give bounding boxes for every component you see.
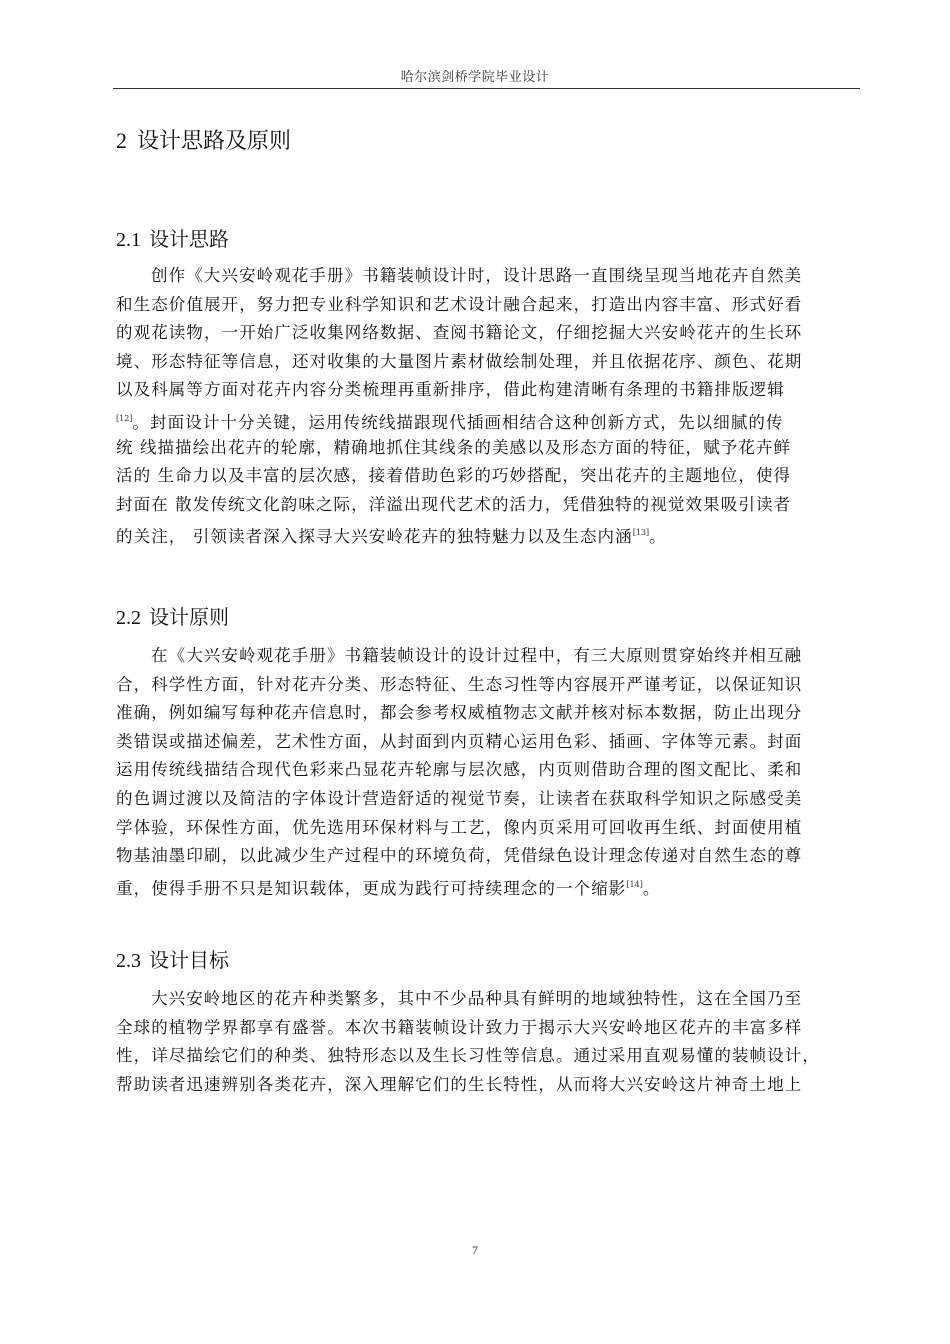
text-line: 的观花读物，一开始广泛收集网络数据、查阅书籍论文，仔细挖掘大兴安岭花卉的生长环 bbox=[116, 319, 860, 348]
text-line: 境、形态特征等信息，还对收集的大量图片素材做绘制处理，并且依据花序、颜色、花期 bbox=[116, 348, 860, 377]
text-line: 封面在 散发传统文化韵味之际，洋溢出现代艺术的活力，凭借独特的视觉效果吸引读者 bbox=[116, 491, 860, 520]
citation-ref: [13] bbox=[633, 528, 649, 537]
section-number: 2.3 bbox=[116, 950, 141, 972]
text-line: 统 线描描绘出花卉的轮廓，精确地抓住其线条的美感以及形态方面的特征，赋予花卉鲜 bbox=[116, 434, 860, 463]
section-heading-2-1: 2.1设计思路 bbox=[116, 223, 229, 252]
text-line: 类错误或描述偏差，艺术性方面，从封面到内页精心运用色彩、插画、字体等元素。封面 bbox=[116, 728, 860, 757]
citation-ref: [12] bbox=[116, 414, 132, 423]
text-line: 物基油墨印刷，以此减少生产过程中的环境负荷，凭借绿色设计理念传递对自然生态的尊 bbox=[116, 842, 860, 871]
document-page: 哈尔滨剑桥学院毕业设计 2设计思路及原则 2.1设计思路 创作《大兴安岭观花手册… bbox=[0, 0, 950, 1344]
section-number: 2.2 bbox=[116, 607, 141, 629]
section-title: 设计目标 bbox=[149, 948, 229, 972]
chapter-number: 2 bbox=[116, 128, 127, 153]
section-heading-2-2: 2.2设计原则 bbox=[116, 601, 229, 630]
paragraph-design-idea: 创作《大兴安岭观花手册》书籍装帧设计时，设计思路一直围绕呈现当地花卉自然美 和生… bbox=[116, 262, 860, 548]
text-line: [12]。封面设计十分关键，运用传统线描跟现代插画相结合这种创新方式，先以细腻的… bbox=[116, 405, 860, 434]
citation-ref: [14] bbox=[626, 880, 642, 889]
page-number: 7 bbox=[0, 1243, 950, 1258]
section-number: 2.1 bbox=[116, 229, 141, 251]
text-line: 在《大兴安岭观花手册》书籍装帧设计的设计过程中，有三大原则贯穿始终并相互融 bbox=[116, 642, 860, 671]
text-line: 全球的植物学界都享有盛誉。本次书籍装帧设计致力于揭示大兴安岭地区花卉的丰富多样 bbox=[116, 1014, 860, 1043]
text-line: 运用传统线描结合现代色彩来凸显花卉轮廓与层次感，内页则借助合理的图文配比、柔和 bbox=[116, 756, 860, 785]
text-line: 帮助读者迅速辨别各类花卉，深入理解它们的生长特性，从而将大兴安岭这片神奇土地上 bbox=[116, 1071, 860, 1100]
paragraph-design-principles: 在《大兴安岭观花手册》书籍装帧设计的设计过程中，有三大原则贯穿始终并相互融 合，… bbox=[116, 642, 860, 899]
header-divider bbox=[113, 88, 860, 89]
text-line: 以及科属等方面对花卉内容分类梳理再重新排序，借此构建清晰有条理的书籍排版逻辑 bbox=[116, 376, 860, 405]
text-line: 和生态价值展开，努力把专业科学知识和艺术设计融合起来，打造出内容丰富、形式好看 bbox=[116, 291, 860, 320]
text-line: 创作《大兴安岭观花手册》书籍装帧设计时，设计思路一直围绕呈现当地花卉自然美 bbox=[116, 262, 860, 291]
text-line: 大兴安岭地区的花卉种类繁多，其中不少品种具有鲜明的地域独特性，这在全国乃至 bbox=[116, 985, 860, 1014]
paragraph-design-goals: 大兴安岭地区的花卉种类繁多，其中不少品种具有鲜明的地域独特性，这在全国乃至 全球… bbox=[116, 985, 860, 1099]
section-title: 设计思路 bbox=[149, 227, 229, 251]
chapter-heading: 2设计思路及原则 bbox=[116, 124, 291, 155]
text-line: 合，科学性方面，针对花卉分类、形态特征、生态习性等内容展开严谨考证，以保证知识 bbox=[116, 671, 860, 700]
running-header: 哈尔滨剑桥学院毕业设计 bbox=[0, 66, 950, 85]
text-line: 活的 生命力以及丰富的层次感，接着借助色彩的巧妙搭配，突出花卉的主题地位，使得 bbox=[116, 462, 860, 491]
text-line: 重，使得手册不只是知识载体，更成为践行可持续理念的一个缩影[14]。 bbox=[116, 871, 860, 900]
text-line: 学体验，环保性方面，优先选用环保材料与工艺，像内页采用可回收再生纸、封面使用植 bbox=[116, 814, 860, 843]
text-line: 性，详尽描绘它们的种类、独特形态以及生长习性等信息。通过采用直观易懂的装帧设计， bbox=[116, 1042, 860, 1071]
section-heading-2-3: 2.3设计目标 bbox=[116, 944, 229, 973]
text-line: 准确，例如编写每种花卉信息时，都会参考权威植物志文献并核对标本数据，防止出现分 bbox=[116, 699, 860, 728]
section-title: 设计原则 bbox=[149, 605, 229, 629]
chapter-title: 设计思路及原则 bbox=[137, 129, 291, 154]
text-line: 的色调过渡以及简洁的字体设计营造舒适的视觉节奏，让读者在获取科学知识之际感受美 bbox=[116, 785, 860, 814]
text-line: 的关注， 引领读者深入探寻大兴安岭花卉的独特魅力以及生态内涵[13]。 bbox=[116, 519, 860, 548]
